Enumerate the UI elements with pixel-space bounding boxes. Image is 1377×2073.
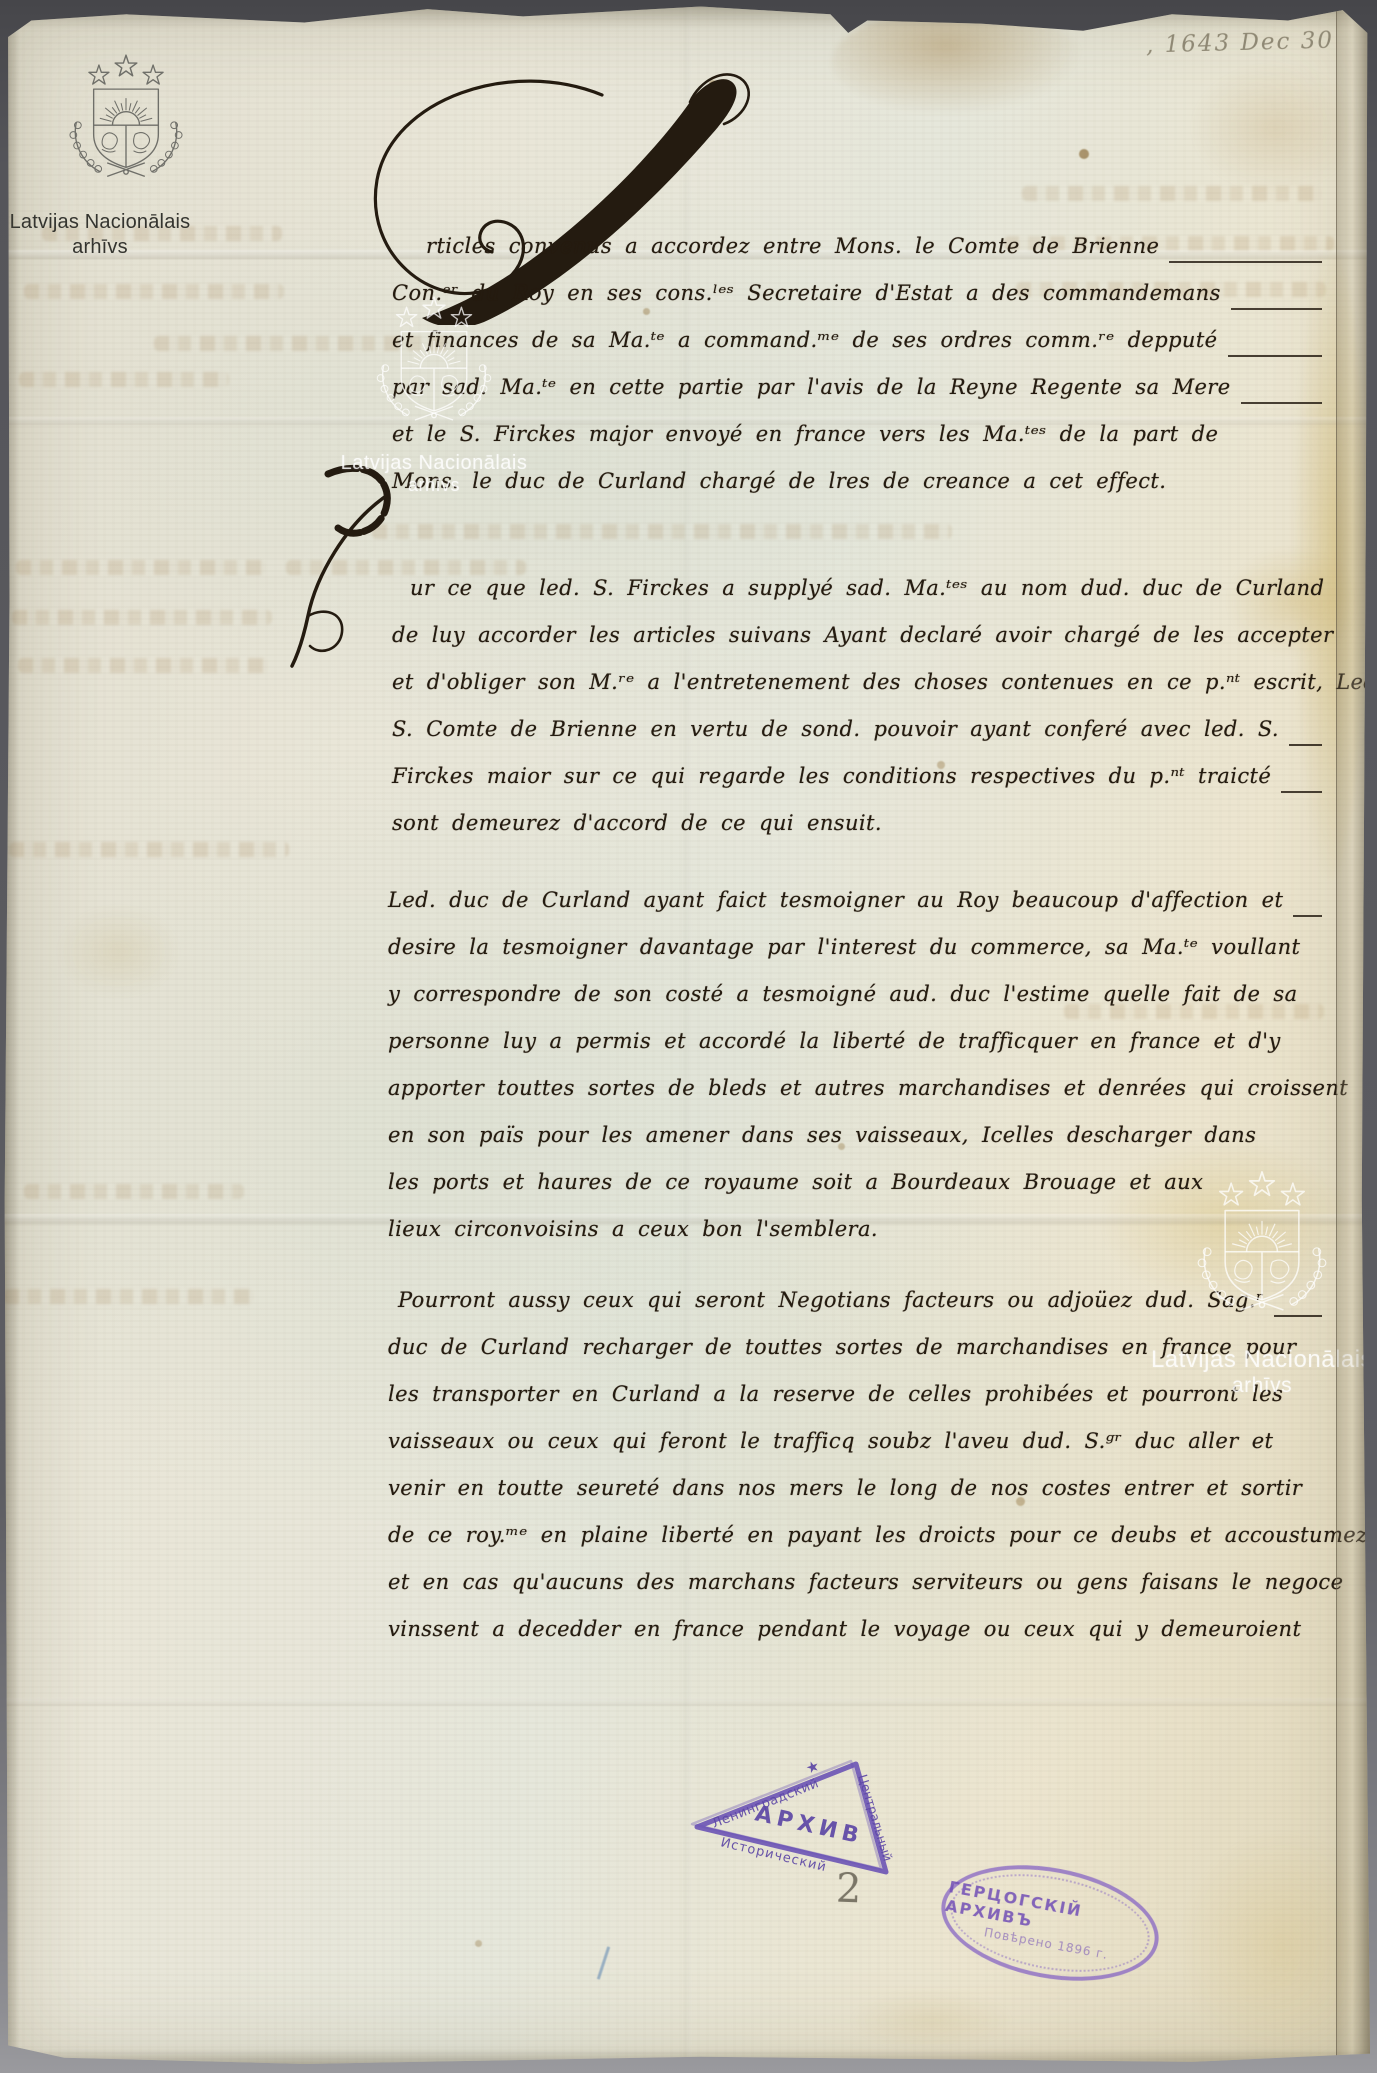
bleedthrough-text bbox=[24, 1184, 244, 1199]
archive-name-line1: Latvijas Nacionālais bbox=[0, 210, 202, 235]
manuscript-line: de ce roy.ᵐᵉ en plaine liberté en payant… bbox=[388, 1523, 1324, 1570]
manuscript-line-text: Led. duc de Curland ayant faict tesmoign… bbox=[388, 888, 1283, 912]
bleedthrough-text bbox=[9, 842, 289, 857]
manuscript-line-text: Con.ᵉʳ du Roy en ses cons.ˡᵉˢ Secretaire… bbox=[392, 281, 1221, 305]
triangular-archive-stamp: Ленинградский Центральный ★ АРХИВ Истори… bbox=[668, 1742, 918, 1897]
paper-edge-shadow bbox=[4, 4, 1370, 30]
manuscript-line: y correspondre de son costé a tesmoigné … bbox=[388, 982, 1324, 1029]
manuscript-line-text: de luy accorder les articles suivans Aya… bbox=[392, 623, 1333, 647]
paper-edge-shadow bbox=[4, 2048, 1370, 2066]
latvia-coat-of-arms-logo bbox=[50, 50, 202, 208]
manuscript-line-text: desire la tesmoigner davantage par l'int… bbox=[388, 935, 1300, 959]
line-end-filler-rule bbox=[1241, 375, 1322, 422]
manuscript-line-text: duc de Curland recharger de touttes sort… bbox=[388, 1335, 1296, 1359]
manuscript-line-text: venir en toutte seureté dans nos mers le… bbox=[388, 1476, 1302, 1500]
scanned-document-page: { "archive_logo": { "line1": "Latvijas N… bbox=[0, 0, 1377, 2073]
manuscript-line-text: les transporter en Curland a la reserve … bbox=[388, 1382, 1283, 1406]
manuscript-line: sont demeurez d'accord de ce qui ensuit. bbox=[392, 811, 1324, 858]
manuscript-line: et d'obliger son M.ʳᵉ a l'entretenement … bbox=[392, 670, 1324, 717]
line-end-filler-rule bbox=[1293, 888, 1322, 935]
paper-curled-edge bbox=[1336, 4, 1371, 2066]
manuscript-line: Firckes maior sur ce qui regarde les con… bbox=[392, 764, 1324, 811]
bleedthrough-text bbox=[1022, 186, 1322, 201]
oval-ducal-archive-stamp: ГЕРЦОГСКІЙ АРХИВЪ Повѣрено 1896 г. bbox=[932, 1849, 1168, 1997]
manuscript-line: par sad. Ma.ᵗᵉ en cette partie par l'avi… bbox=[392, 375, 1324, 422]
manuscript-line-text: et finances de sa Ma.ᵗᵉ a command.ᵐᵉ de … bbox=[392, 328, 1218, 352]
bleedthrough-text bbox=[4, 1289, 254, 1304]
pencil-date-annotation: , 1643 Dec 30 bbox=[1146, 28, 1335, 59]
manuscript-paragraph-2: ur ce que led. S. Firckes a supplyé sad.… bbox=[392, 576, 1324, 858]
bleedthrough-text bbox=[19, 372, 229, 387]
manuscript-line-text: S. Comte de Brienne en vertu de sond. po… bbox=[392, 717, 1279, 741]
manuscript-line: ur ce que led. S. Firckes a supplyé sad.… bbox=[392, 576, 1324, 623]
manuscript-line-text: vaisseaux ou ceux qui feront le trafficq… bbox=[388, 1429, 1273, 1453]
manuscript-paragraph-3: Led. duc de Curland ayant faict tesmoign… bbox=[388, 888, 1324, 1264]
stain bbox=[56, 904, 181, 999]
manuscript-line: S. Comte de Brienne en vertu de sond. po… bbox=[392, 717, 1324, 764]
pencil-page-number: 2 bbox=[835, 1866, 862, 1913]
ink-speck bbox=[475, 1940, 482, 1947]
manuscript-line-text: y correspondre de son costé a tesmoigné … bbox=[388, 982, 1298, 1006]
manuscript-paragraph-1: rticles convenus a accordez entre Mons. … bbox=[392, 234, 1324, 516]
manuscript-line-text: en son païs pour les amener dans ses vai… bbox=[388, 1123, 1256, 1147]
stain bbox=[849, 1989, 1014, 2051]
manuscript-line: et finances de sa Ma.ᵗᵉ a command.ᵐᵉ de … bbox=[392, 328, 1324, 375]
manuscript-line-text: par sad. Ma.ᵗᵉ en cette partie par l'avi… bbox=[392, 375, 1231, 399]
manuscript-line: les transporter en Curland a la reserve … bbox=[388, 1382, 1324, 1429]
blue-ink-mark bbox=[597, 1946, 610, 1979]
paper-edge-shadow bbox=[4, 4, 20, 2066]
manuscript-line-text: de ce roy.ᵐᵉ en plaine liberté en payant… bbox=[388, 1523, 1368, 1547]
manuscript-line-text: Firckes maior sur ce qui regarde les con… bbox=[392, 764, 1271, 788]
manuscript-line: et en cas qu'aucuns des marchans facteur… bbox=[388, 1570, 1324, 1617]
archive-logo-text: Latvijas Nacionālais arhīvs bbox=[0, 210, 202, 260]
manuscript-line: apporter touttes sortes de bleds et autr… bbox=[388, 1076, 1324, 1123]
bleedthrough-text bbox=[16, 560, 266, 575]
manuscript-line: de luy accorder les articles suivans Aya… bbox=[392, 623, 1324, 670]
manuscript-line: vaisseaux ou ceux qui feront le trafficq… bbox=[388, 1429, 1324, 1476]
manuscript-paragraph-4: Pourront aussy ceux qui seront Negotians… bbox=[388, 1288, 1324, 1664]
manuscript-line: les ports et haures de ce royaume soit a… bbox=[388, 1170, 1324, 1217]
manuscript-line: Mons. le duc de Curland chargé de lres d… bbox=[392, 469, 1324, 516]
manuscript-line: vinssent a decedder en france pendant le… bbox=[388, 1617, 1324, 1664]
manuscript-line: personne luy a permis et accordé la libe… bbox=[388, 1029, 1324, 1076]
line-end-filler-rule bbox=[1281, 764, 1322, 811]
manuscript-line: Pourront aussy ceux qui seront Negotians… bbox=[388, 1288, 1324, 1335]
bleedthrough-text bbox=[24, 284, 284, 299]
manuscript-line: desire la tesmoigner davantage par l'int… bbox=[388, 935, 1324, 982]
oval-stamp-title: ГЕРЦОГСКІЙ АРХИВЪ bbox=[944, 1877, 1159, 1953]
manuscript-line-text: personne luy a permis et accordé la libe… bbox=[388, 1029, 1281, 1053]
manuscript-line-text: et en cas qu'aucuns des marchans facteur… bbox=[388, 1570, 1343, 1594]
bleedthrough-text bbox=[18, 658, 268, 673]
manuscript-line: venir en toutte seureté dans nos mers le… bbox=[388, 1476, 1324, 1523]
archive-name-line2: arhīvs bbox=[0, 235, 202, 260]
manuscript-line-text: sont demeurez d'accord de ce qui ensuit. bbox=[392, 811, 882, 835]
manuscript-line: en son païs pour les amener dans ses vai… bbox=[388, 1123, 1324, 1170]
manuscript-line: et le S. Firckes major envoyé en france … bbox=[392, 422, 1324, 469]
manuscript-line: Led. duc de Curland ayant faict tesmoign… bbox=[388, 888, 1324, 935]
bleedthrough-text bbox=[12, 610, 272, 625]
manuscript-line: lieux circonvoisins a ceux bon l'sembler… bbox=[388, 1217, 1324, 1264]
manuscript-paper-sheet: Latvijas Nacionālais arhīvs , 1643 Dec 3… bbox=[4, 4, 1370, 2066]
bleedthrough-text bbox=[372, 524, 952, 539]
line-end-filler-rule bbox=[1231, 281, 1322, 328]
manuscript-line-text: rticles convenus a accordez entre Mons. … bbox=[426, 234, 1159, 258]
manuscript-line-text: ur ce que led. S. Firckes a supplyé sad.… bbox=[410, 576, 1324, 600]
initial-letter-flourish-S bbox=[286, 456, 406, 676]
line-end-filler-rule bbox=[1274, 1288, 1322, 1335]
manuscript-line-text: et le S. Firckes major envoyé en france … bbox=[392, 422, 1218, 446]
manuscript-line: Con.ᵉʳ du Roy en ses cons.ˡᵉˢ Secretaire… bbox=[392, 281, 1324, 328]
ink-speck bbox=[1079, 149, 1089, 159]
manuscript-line-text: lieux circonvoisins a ceux bon l'sembler… bbox=[388, 1217, 878, 1241]
manuscript-line-text: apporter touttes sortes de bleds et autr… bbox=[388, 1076, 1348, 1100]
manuscript-line: duc de Curland recharger de touttes sort… bbox=[388, 1335, 1324, 1382]
oval-stamp-subtitle: Повѣрено 1896 г. bbox=[983, 1925, 1109, 1962]
manuscript-line: rticles convenus a accordez entre Mons. … bbox=[392, 234, 1324, 281]
manuscript-line-text: Pourront aussy ceux qui seront Negotians… bbox=[398, 1288, 1264, 1312]
line-end-filler-rule bbox=[1169, 234, 1322, 281]
line-end-filler-rule bbox=[1228, 328, 1322, 375]
manuscript-line-text: Mons. le duc de Curland chargé de lres d… bbox=[392, 469, 1166, 493]
manuscript-line-text: et d'obliger son M.ʳᵉ a l'entretenement … bbox=[392, 670, 1377, 694]
manuscript-line-text: les ports et haures de ce royaume soit a… bbox=[388, 1170, 1203, 1194]
manuscript-line-text: vinssent a decedder en france pendant le… bbox=[388, 1617, 1301, 1641]
line-end-filler-rule bbox=[1289, 717, 1322, 764]
